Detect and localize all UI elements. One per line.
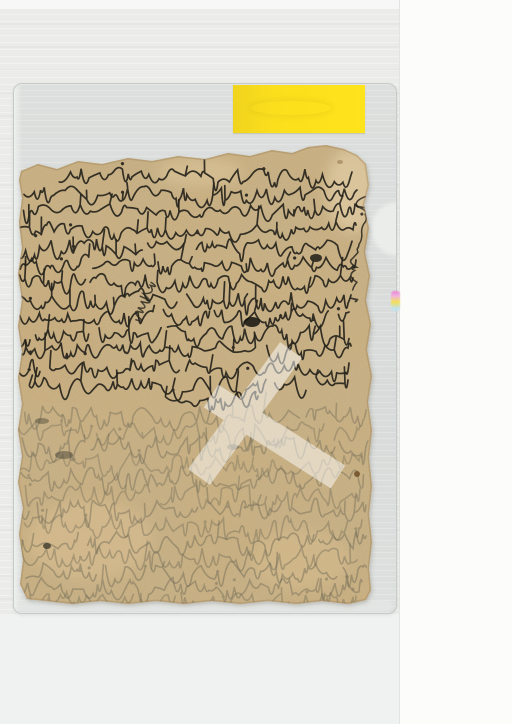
- manuscript-leaf: [0, 0, 512, 724]
- ink-blot: [43, 543, 51, 549]
- ink-blot: [354, 471, 360, 477]
- ink-blot: [55, 451, 73, 459]
- ink-blot: [35, 418, 49, 424]
- ink-blot: [310, 254, 322, 262]
- ink-blot: [244, 317, 260, 327]
- scanned-document-page: [0, 0, 512, 724]
- ink-blot: [337, 160, 343, 164]
- rainbow-scan-artifact: [391, 291, 400, 311]
